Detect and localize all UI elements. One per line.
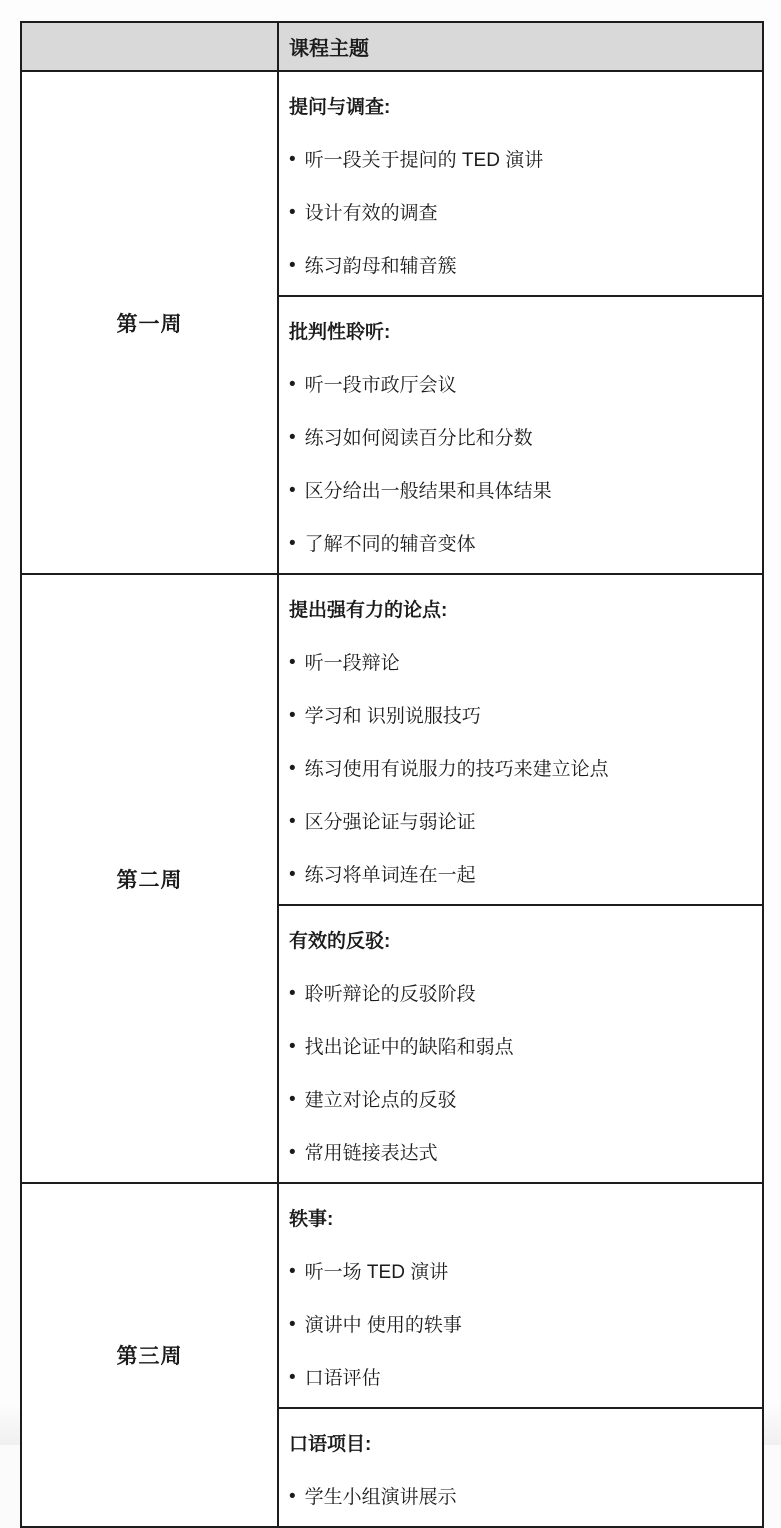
list-item-text: 听一段关于提问的 TED 演讲 (305, 150, 544, 171)
list-item-text: 区分强论证与弱论证 (305, 812, 476, 833)
list-item-text: 练习将单词连在一起 (305, 865, 476, 886)
list-item-text: 练习使用有说服力的技巧来建立论点 (305, 759, 609, 780)
course-schedule-table: 课程主题 第一周 提问与调查: •听一段关于提问的 TED 演讲 •设计有效的调… (20, 21, 764, 1528)
bullet-icon: • (289, 478, 296, 504)
bullet-icon: • (289, 981, 296, 1007)
list-item-text: 听一场 TED 演讲 (305, 1262, 449, 1283)
list-item: •听一段辩论 (289, 651, 750, 677)
list-item: •区分强论证与弱论证 (289, 810, 750, 836)
bullet-icon: • (289, 1484, 296, 1510)
week-2-label: 第二周 (21, 574, 278, 1183)
table-row: 第一周 提问与调查: •听一段关于提问的 TED 演讲 •设计有效的调查 •练习… (21, 71, 763, 296)
list-item: •练习使用有说服力的技巧来建立论点 (289, 757, 750, 783)
list-item: •建立对论点的反驳 (289, 1088, 750, 1114)
list-item: •找出论证中的缺陷和弱点 (289, 1035, 750, 1061)
list-item-text: 找出论证中的缺陷和弱点 (305, 1037, 514, 1058)
list-item-text: 演讲中 使用的轶事 (305, 1315, 462, 1336)
section-title: 口语项目: (289, 1432, 750, 1458)
list-item-text: 口语评估 (305, 1368, 381, 1389)
bullet-icon: • (289, 1365, 296, 1391)
topic-cell: 批判性聆听: •听一段市政厅会议 •练习如何阅读百分比和分数 •区分给出一般结果… (278, 296, 763, 574)
section-title: 提出强有力的论点: (289, 598, 750, 624)
list-item: •练习韵母和辅音簇 (289, 254, 750, 280)
bullet-icon: • (289, 1034, 296, 1060)
topic-cell: 有效的反驳: •聆听辩论的反驳阶段 •找出论证中的缺陷和弱点 •建立对论点的反驳… (278, 905, 763, 1183)
bullet-icon: • (289, 756, 296, 782)
header-topic-cell: 课程主题 (278, 22, 763, 71)
list-item: •区分给出一般结果和具体结果 (289, 479, 750, 505)
list-item: •演讲中 使用的轶事 (289, 1313, 750, 1339)
topic-cell: 提出强有力的论点: •听一段辩论 •学习和 识别说服技巧 •练习使用有说服力的技… (278, 574, 763, 905)
list-item-text: 了解不同的辅音变体 (305, 534, 476, 555)
list-item: •学生小组演讲展示 (289, 1485, 750, 1511)
bullet-icon: • (289, 862, 296, 888)
list-item: •聆听辩论的反驳阶段 (289, 982, 750, 1008)
list-item-text: 学习和 识别说服技巧 (305, 706, 481, 727)
bullet-icon: • (289, 200, 296, 226)
list-item: •听一段市政厅会议 (289, 373, 750, 399)
list-item-text: 听一段辩论 (305, 653, 400, 674)
list-item: •口语评估 (289, 1366, 750, 1392)
bullet-icon: • (289, 425, 296, 451)
document-page: 课程主题 第一周 提问与调查: •听一段关于提问的 TED 演讲 •设计有效的调… (0, 0, 781, 1445)
section-title: 轶事: (289, 1207, 750, 1233)
topic-cell: 轶事: •听一场 TED 演讲 •演讲中 使用的轶事 •口语评估 (278, 1183, 763, 1408)
week-1-label: 第一周 (21, 71, 278, 574)
week-3-label: 第三周 (21, 1183, 278, 1527)
list-item-text: 学生小组演讲展示 (305, 1487, 457, 1508)
bullet-icon: • (289, 372, 296, 398)
header-week-cell (21, 22, 278, 71)
bullet-icon: • (289, 531, 296, 557)
table-row: 第二周 提出强有力的论点: •听一段辩论 •学习和 识别说服技巧 •练习使用有说… (21, 574, 763, 905)
list-item: •练习将单词连在一起 (289, 863, 750, 889)
topic-cell: 口语项目: •学生小组演讲展示 (278, 1408, 763, 1527)
list-item-text: 建立对论点的反驳 (305, 1090, 457, 1111)
bullet-icon: • (289, 703, 296, 729)
list-item-text: 聆听辩论的反驳阶段 (305, 984, 476, 1005)
list-item: •设计有效的调查 (289, 201, 750, 227)
section-title: 提问与调查: (289, 95, 750, 121)
bullet-icon: • (289, 253, 296, 279)
list-item-text: 听一段市政厅会议 (305, 375, 457, 396)
list-item-text: 常用链接表达式 (305, 1143, 438, 1164)
bullet-icon: • (289, 1087, 296, 1113)
bullet-icon: • (289, 1312, 296, 1338)
list-item: •听一段关于提问的 TED 演讲 (289, 148, 750, 174)
bullet-icon: • (289, 1259, 296, 1285)
list-item-text: 练习韵母和辅音簇 (305, 256, 457, 277)
table-row: 第三周 轶事: •听一场 TED 演讲 •演讲中 使用的轶事 •口语评估 (21, 1183, 763, 1408)
section-title: 有效的反驳: (289, 929, 750, 955)
list-item: •了解不同的辅音变体 (289, 532, 750, 558)
list-item: •听一场 TED 演讲 (289, 1260, 750, 1286)
list-item-text: 设计有效的调查 (305, 203, 438, 224)
list-item: •学习和 识别说服技巧 (289, 704, 750, 730)
list-item-text: 练习如何阅读百分比和分数 (305, 428, 533, 449)
topic-cell: 提问与调查: •听一段关于提问的 TED 演讲 •设计有效的调查 •练习韵母和辅… (278, 71, 763, 296)
bullet-icon: • (289, 147, 296, 173)
list-item: •常用链接表达式 (289, 1141, 750, 1167)
table-header-row: 课程主题 (21, 22, 763, 71)
section-title: 批判性聆听: (289, 320, 750, 346)
bullet-icon: • (289, 650, 296, 676)
list-item-text: 区分给出一般结果和具体结果 (305, 481, 552, 502)
bullet-icon: • (289, 809, 296, 835)
bullet-icon: • (289, 1140, 296, 1166)
list-item: •练习如何阅读百分比和分数 (289, 426, 750, 452)
